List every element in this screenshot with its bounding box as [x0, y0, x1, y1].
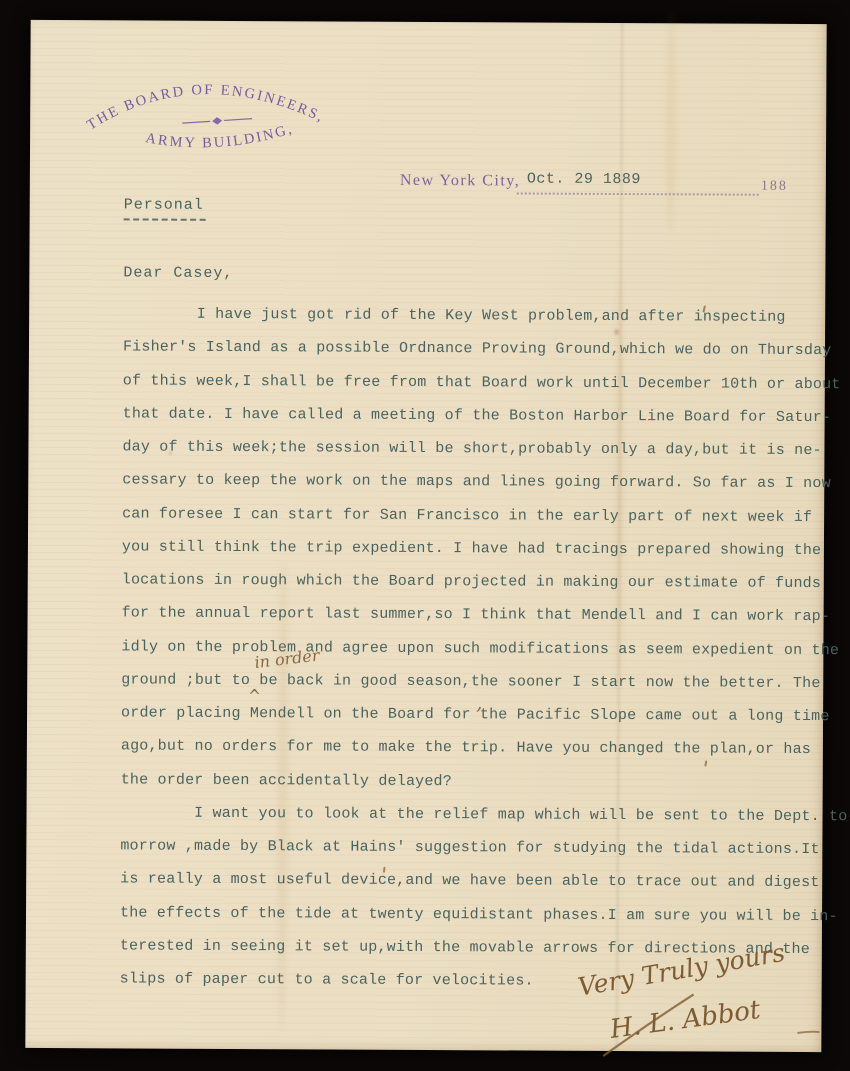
letterhead-arc-bottom: ARMY BUILDING, — [144, 120, 295, 152]
body-line: is really a most useful device,and we ha… — [120, 863, 832, 900]
body-line: for the annual report last summer,so I t… — [122, 597, 834, 634]
body-line: I want you to look at the relief map whi… — [120, 796, 832, 833]
body-line: Fisher's Island as a possible Ordnance P… — [123, 331, 835, 368]
letter-paper: THE BOARD OF ENGINEERS, ARMY BUILDING, N… — [25, 20, 826, 1052]
stain-streak — [666, 13, 677, 233]
dateline-city: New York City, — [400, 172, 521, 191]
personal-underline — [124, 218, 206, 220]
body-line: of this week,I shall be free from that B… — [123, 364, 835, 401]
signature-block: Very Truly yours H. L. Abbot — [545, 938, 846, 1070]
body-line: that date. I have called a meeting of th… — [123, 397, 835, 434]
body-line: locations in rough which the Board proje… — [122, 563, 834, 600]
letterhead: THE BOARD OF ENGINEERS, ARMY BUILDING, — [70, 40, 381, 182]
body-line: can foresee I can start for San Francisc… — [122, 497, 834, 534]
body-line: you still think the trip expedient. I ha… — [122, 530, 834, 567]
insertion-caret-icon: ^ — [248, 685, 261, 707]
dateline-year-prefix: 188 — [761, 179, 788, 195]
personal-label: Personal — [124, 196, 204, 213]
body-line: morrow ,made by Black at Hains' suggesti… — [120, 829, 832, 866]
body-line: the order been accidentally delayed? — [121, 763, 833, 800]
body-line: I have just got rid of the Key West prob… — [123, 297, 835, 334]
divider-ornament-icon — [182, 116, 252, 127]
salutation: Dear Casey, — [123, 264, 233, 282]
body-line: cessary to keep the work on the maps and… — [122, 464, 834, 501]
letter-body: I have just got rid of the Key West prob… — [120, 297, 836, 999]
handwritten-comma: , — [476, 690, 482, 714]
body-line: idly on the problem and agree upon such … — [121, 630, 833, 667]
signature-closing: Very Truly yours — [576, 938, 787, 1002]
body-line: day of this week;the session will be sho… — [122, 430, 834, 467]
dateline-typed-date: Oct. 29 1889 — [527, 171, 641, 189]
body-line: ago,but no orders for me to make the tri… — [121, 730, 833, 767]
body-line: the effects of the tide at twenty equidi… — [120, 896, 832, 933]
signature-flourish — [797, 1032, 819, 1033]
